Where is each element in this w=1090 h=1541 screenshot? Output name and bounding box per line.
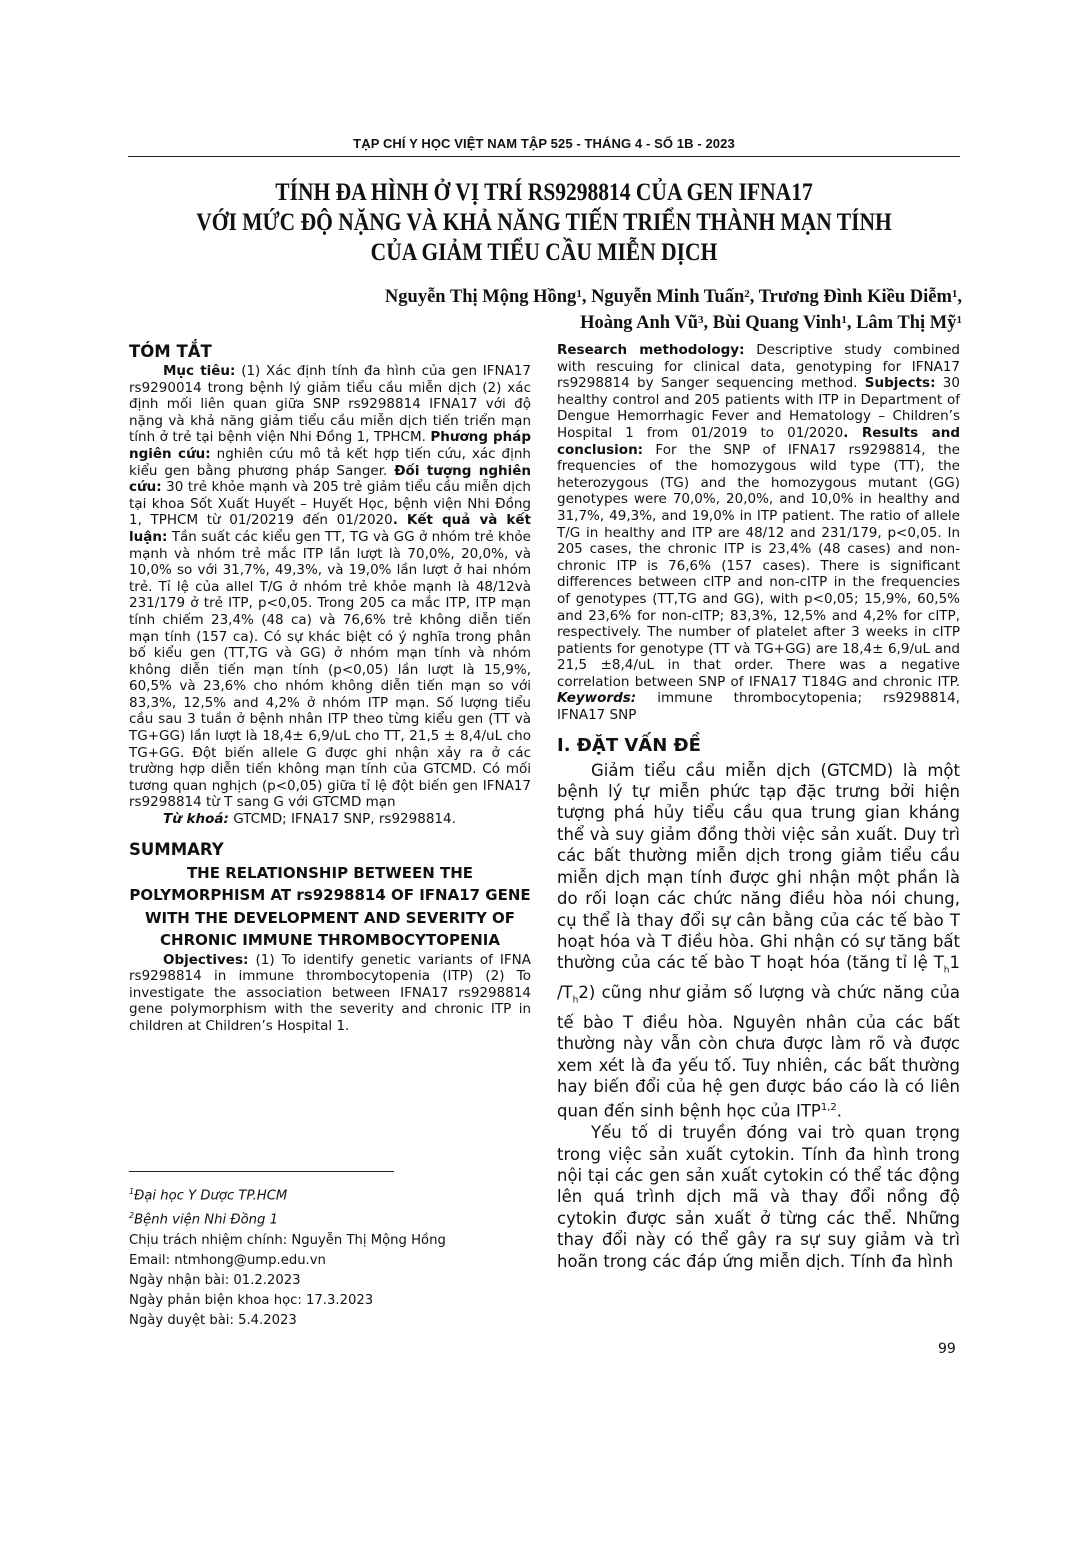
author-name: Lâm Thị Mỹ [856,313,956,333]
author-name: Hoàng Anh Vũ [580,313,698,333]
subjects-label: Subjects: [865,375,936,391]
summary-title: THE RELATIONSHIP BETWEEN THE POLYMORPHIS… [129,862,531,952]
abstract-vi-keywords: Từ khoá: GTCMD; IFNA17 SNP, rs9298814. [129,811,531,828]
abstract-vi-body: Mục tiêu: (1) Xác định tính đa hình của … [129,363,531,811]
title-line: VỚI MỨC ĐỘ NẶNG VÀ KHẢ NĂNG TIẾN TRIỂN T… [186,208,902,238]
affiliation-mark: 1 [576,288,582,300]
separator: , [957,287,962,307]
author-name: Trương Đình Kiều Diễm [759,287,952,307]
results-text: Tần suất các kiểu gen TT, TG và GG ở nhó… [129,529,531,811]
header-rule [128,156,960,157]
text-run: Giảm tiểu cầu miễn dịch (GTCMD) là một b… [557,761,960,973]
corresponding-author: Chịu trách nhiệm chính: Nguyễn Thị Mộng … [129,1231,549,1251]
right-column: Research methodology: Descriptive study … [557,342,960,1272]
separator: , [582,287,591,307]
affiliation-2: 2Bệnh viện Nhi Đồng 1 [129,1206,549,1230]
running-head: TẠP CHÍ Y HỌC VIỆT NAM TẬP 525 - THÁNG 4… [128,136,960,151]
footnotes: 1Đại học Y Dược TP.HCM 2Bệnh viện Nhi Đồ… [129,1182,549,1331]
text-run: 2) cũng như giảm số lượng và chức năng c… [557,983,960,1121]
keywords-label: Keywords: [557,690,636,706]
footnote-rule [129,1171,394,1172]
separator: , [847,313,856,333]
author-list: Nguyễn Thị Mộng Hồng1, Nguyễn Minh Tuấn2… [202,284,962,336]
page-number: 99 [938,1341,956,1357]
date-received: Ngày nhận bài: 01.2.2023 [129,1271,549,1291]
affiliation-1: 1Đại học Y Dược TP.HCM [129,1182,549,1206]
affiliation-mark: 3 [698,314,704,326]
objective-label: Mục tiêu: [163,363,235,379]
title-line: TÍNH ĐA HÌNH Ở VỊ TRÍ RS9298814 CỦA GEN … [186,178,902,208]
results-text: For the SNP of IFNA17 rs9298814, the fre… [557,442,960,690]
keywords-text: GTCMD; IFNA17 SNP, rs9298814. [229,811,456,827]
keywords-label: Từ khoá: [163,811,229,827]
date-accepted: Ngày duyệt bài: 5.4.2023 [129,1311,549,1331]
affiliation-mark: 1 [952,288,958,300]
introduction-paragraph-2: Yếu tố di truyền đóng vai trò quan trọng… [557,1122,960,1272]
author-name: Nguyễn Minh Tuấn [591,287,744,307]
affiliation-mark: 1 [841,314,847,326]
title-line: CỦA GIẢM TIỂU CẦU MIỄN DỊCH [186,238,902,268]
article-title: TÍNH ĐA HÌNH Ở VỊ TRÍ RS9298814 CỦA GEN … [186,178,902,268]
email: Email: ntmhong@ump.edu.vn [129,1251,549,1271]
affiliation-text: Bệnh viện Nhi Đồng 1 [134,1213,278,1228]
introduction-paragraph-1: Giảm tiểu cầu miễn dịch (GTCMD) là một b… [557,760,960,1123]
author-name: Nguyễn Thị Mộng Hồng [385,287,576,307]
text-run: . [837,1102,842,1121]
method-label: Research methodology: [557,342,745,358]
author-line: Nguyễn Thị Mộng Hồng1, Nguyễn Minh Tuấn2… [202,284,962,310]
author-name: Bùi Quang Vinh [713,313,842,333]
author-line: Hoàng Anh Vũ3, Bùi Quang Vinh1, Lâm Thị … [202,310,962,336]
citation-ref: 1,2 [821,1102,837,1113]
separator: , [750,287,759,307]
summary-objectives: Objectives: (1) To identify genetic vari… [129,952,531,1035]
journal-page: TẠP CHÍ Y HỌC VIỆT NAM TẬP 525 - THÁNG 4… [0,0,1090,1541]
separator: , [704,313,713,333]
left-column: TÓM TẮT Mục tiêu: (1) Xác định tính đa h… [129,342,531,1035]
affiliation-mark: 1 [957,314,963,326]
date-reviewed: Ngày phản biện khoa học: 17.3.2023 [129,1291,549,1311]
summary-body: Research methodology: Descriptive study … [557,342,960,724]
introduction-heading: I. ĐẶT VẤN ĐỀ [557,734,960,758]
affiliation-text: Đại học Y Dược TP.HCM [134,1188,287,1203]
affiliation-mark: 2 [744,288,750,300]
abstract-vi-heading: TÓM TẮT [129,342,531,362]
objectives-label: Objectives: [163,952,248,968]
summary-heading: SUMMARY [129,840,531,860]
